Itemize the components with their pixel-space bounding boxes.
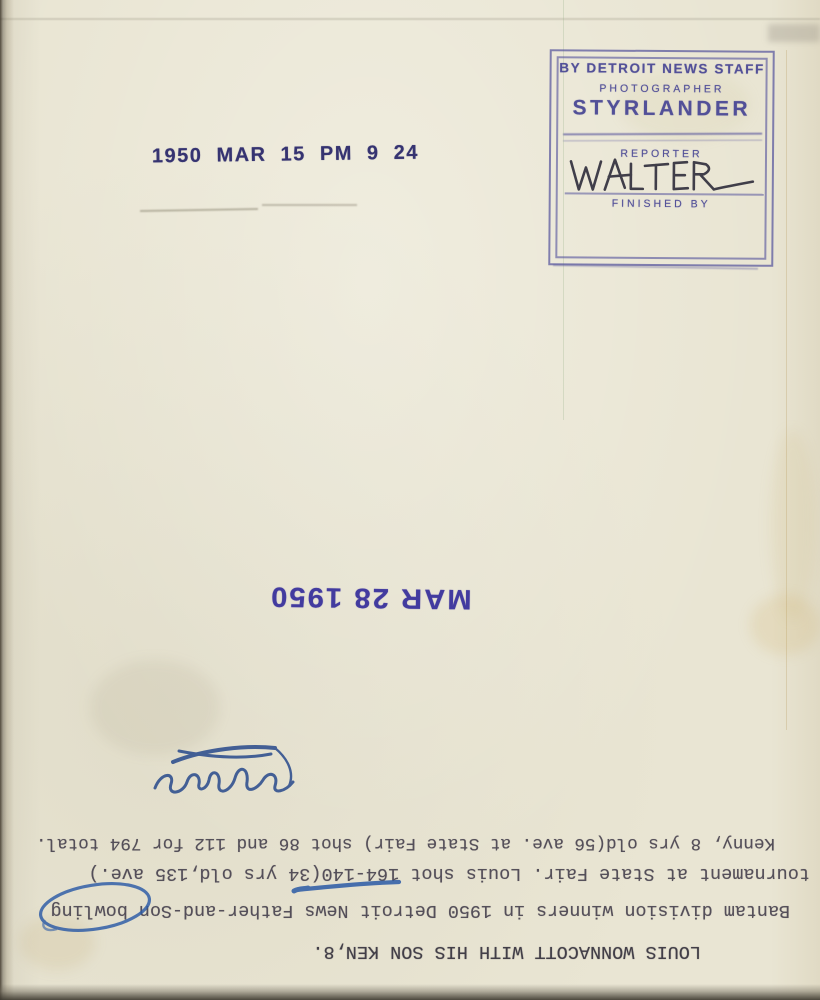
date-received-stamp: MAR 28 1950 (284, 571, 472, 626)
staff-stamp-header: BY DETROIT NEWS STAFF (552, 60, 773, 77)
paper-corner-smudge (768, 24, 820, 42)
photographer-name: STYRLANDER (551, 96, 772, 122)
paper-edge-left (0, 0, 14, 1000)
photographer-label: PHOTOGRAPHER (551, 82, 772, 96)
caption-line-4: Kenny, 8 yrs old(56 ave. at State Fair) … (25, 831, 775, 855)
paper-crease-horizontal (0, 18, 820, 20)
finished-by-label: FINISHED BY (551, 197, 772, 211)
staff-stamp-box: BY DETROIT NEWS STAFF PHOTOGRAPHER STYRL… (548, 49, 775, 267)
paper-stain (770, 430, 815, 620)
pencil-smudge-line (262, 204, 357, 206)
time-received-stamp: 1950 MAR 15 PM 9 24 (152, 143, 352, 176)
paper-edge-bottom (0, 984, 820, 1000)
pen-underline-164-140 (290, 876, 405, 896)
caption-line-3: tournament at State Fair. Louis shot 164… (60, 861, 810, 885)
handwritten-note-champs (145, 736, 315, 804)
reporter-name-handwriting (565, 155, 761, 196)
caption-title-line: LOUIS WONNACOTT WITH HIS SON KEN,8. (313, 939, 701, 963)
pencil-smudge-line (140, 208, 258, 212)
stamp-divider-rule (563, 133, 762, 142)
photo-back-paper: 1950 MAR 15 PM 9 24 BY DETROIT NEWS STAF… (0, 0, 820, 1000)
pen-circle-bowling (33, 876, 159, 938)
